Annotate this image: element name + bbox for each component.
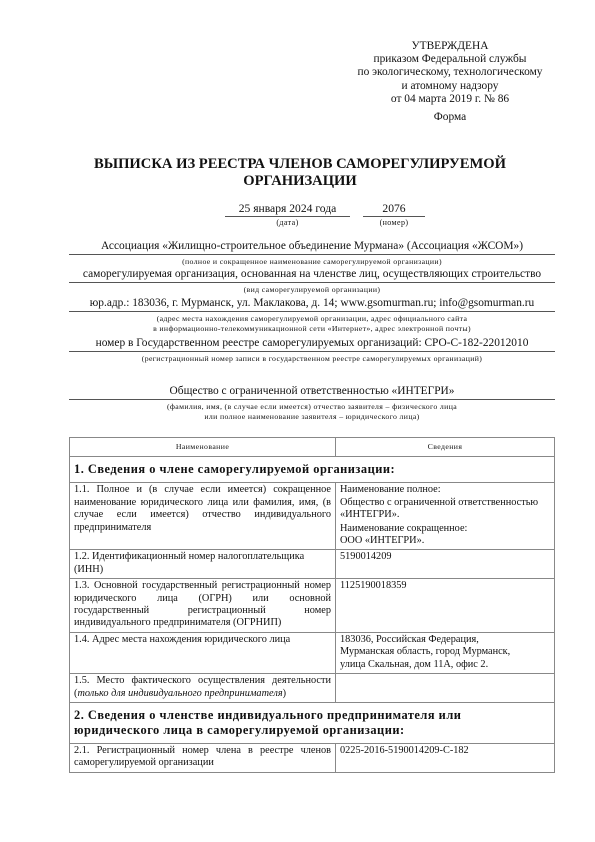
document-title-line2: ОРГАНИЗАЦИИ: [60, 173, 540, 190]
sro-name-value: Ассоциация «Жилищно-строительное объедин…: [69, 240, 555, 255]
actual-activity-place-value: [336, 674, 555, 703]
section-2-heading: 2. Сведения о членстве индивидуального п…: [70, 702, 555, 743]
full-name-value: Общество с ограниченной ответственностью…: [340, 497, 550, 522]
applicant-value: Общество с ограниченной ответственностью…: [69, 385, 555, 400]
approval-line: и атомному надзору: [350, 80, 550, 93]
extract-date: 25 января 2024 года (дата): [225, 202, 350, 228]
table-row: 1.1. Полное и (в случае если имеется) со…: [70, 483, 555, 550]
approval-line: приказом Федеральной службы: [350, 53, 550, 66]
sro-type-field: саморегулируемая организация, основанная…: [69, 268, 555, 295]
table-row: 2.1. Регистрационный номер члена в реест…: [70, 743, 555, 772]
table-row: 1.4. Адрес места нахождения юридического…: [70, 632, 555, 673]
legal-address-value: 183036, Российская Федерация, Мурманская…: [336, 632, 555, 673]
sro-address-caption-line2: в информационно-телекоммуникационной сет…: [69, 323, 555, 334]
short-name-label: Наименование сокращенное:: [340, 523, 550, 535]
inn-value: 5190014209: [336, 550, 555, 579]
document-title-line1: ВЫПИСКА ИЗ РЕЕСТРА ЧЛЕНОВ САМОРЕГУЛИРУЕМ…: [60, 156, 540, 173]
extract-number: 2076 (номер): [363, 202, 425, 228]
row-1-1-value: Наименование полное: Общество с ограниче…: [336, 483, 555, 550]
row-1-5-label: 1.5. Место фактического осуществления де…: [70, 674, 336, 703]
full-name-label: Наименование полное:: [340, 484, 550, 496]
section-row: 1. Сведения о члене саморегулируемой орг…: [70, 457, 555, 483]
row-1-3-label: 1.3. Основной государственный регистраци…: [70, 579, 336, 633]
state-register-value: номер в Государственном реестре саморегу…: [69, 337, 555, 352]
approval-line: по экологическому, технологическому: [350, 66, 550, 79]
column-header-details: Сведения: [336, 438, 555, 457]
sro-name-caption: (полное и сокращенное наименование самор…: [69, 256, 555, 267]
approval-order-date: от 04 марта 2019 г. № 86: [350, 93, 550, 106]
applicant-caption: (фамилия, имя, (в случае если имеется) о…: [69, 401, 555, 422]
section-1-heading: 1. Сведения о члене саморегулируемой орг…: [70, 457, 555, 483]
row-1-2-label: 1.2. Идентификационный номер налогоплате…: [70, 550, 336, 579]
row-1-4-label: 1.4. Адрес места нахождения юридического…: [70, 632, 336, 673]
applicant-caption-line2: или полное наименование заявителя – юрид…: [69, 411, 555, 422]
document-title: ВЫПИСКА ИЗ РЕЕСТРА ЧЛЕНОВ САМОРЕГУЛИРУЕМ…: [60, 156, 540, 190]
applicant-field: Общество с ограниченной ответственностью…: [69, 385, 555, 422]
extract-date-caption: (дата): [225, 218, 350, 228]
extract-date-value: 25 января 2024 года: [225, 202, 350, 217]
member-reg-number-value: 0225-2016-5190014209-С-182: [336, 743, 555, 772]
extract-number-caption: (номер): [363, 218, 425, 228]
state-register-field: номер в Государственном реестре саморегу…: [69, 337, 555, 364]
short-name-value: ООО «ИНТЕГРИ».: [340, 535, 550, 547]
table-row: 1.3. Основной государственный регистраци…: [70, 579, 555, 633]
table-row: 1.5. Место фактического осуществления де…: [70, 674, 555, 703]
row-1-1-label: 1.1. Полное и (в случае если имеется) со…: [70, 483, 336, 550]
approval-stamp: УТВЕРЖДЕНА приказом Федеральной службы п…: [350, 40, 550, 124]
form-label: Форма: [350, 111, 550, 124]
sro-type-caption: (вид саморегулируемой организации): [69, 284, 555, 295]
sro-name-field: Ассоциация «Жилищно-строительное объедин…: [69, 240, 555, 267]
row-1-5-label-suffix: ): [283, 688, 286, 699]
member-info-table: Наименование Сведения 1. Сведения о член…: [69, 437, 555, 773]
sro-type-value: саморегулируемая организация, основанная…: [69, 268, 555, 283]
sro-address-field: юр.адр.: 183036, г. Мурманск, ул. Маклак…: [69, 297, 555, 334]
column-header-name: Наименование: [70, 438, 336, 457]
state-register-caption: (регистрационный номер записи в государс…: [69, 353, 555, 364]
section-row: 2. Сведения о членстве индивидуального п…: [70, 702, 555, 743]
approval-heading: УТВЕРЖДЕНА: [350, 40, 550, 53]
extract-number-value: 2076: [363, 202, 425, 217]
table-header-row: Наименование Сведения: [70, 438, 555, 457]
row-2-1-label: 2.1. Регистрационный номер члена в реест…: [70, 743, 336, 772]
sro-address-value: юр.адр.: 183036, г. Мурманск, ул. Маклак…: [69, 297, 555, 312]
table-row: 1.2. Идентификационный номер налогоплате…: [70, 550, 555, 579]
row-1-5-label-note: только для индивидуального предпринимате…: [77, 688, 282, 699]
ogrn-value: 1125190018359: [336, 579, 555, 633]
sro-address-caption: (адрес места нахождения саморегулируемой…: [69, 313, 555, 334]
